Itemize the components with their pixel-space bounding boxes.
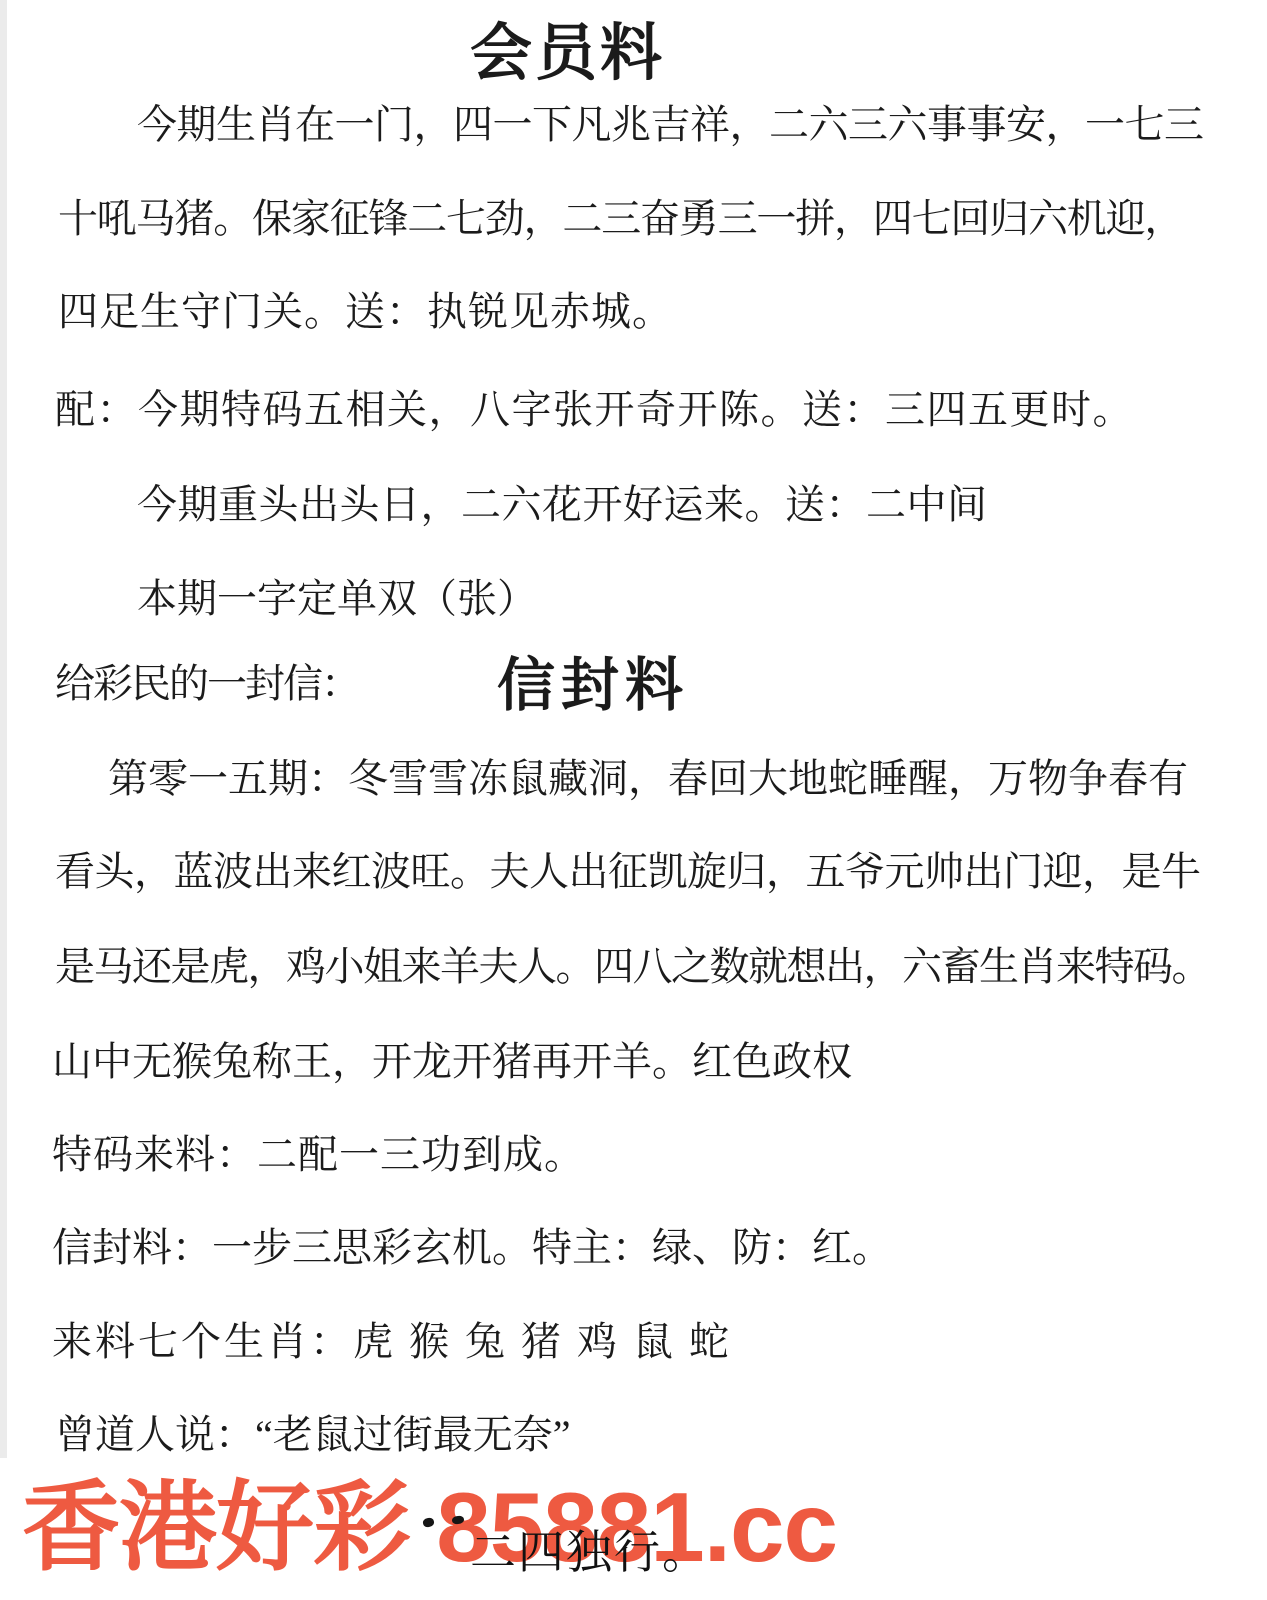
envelope-paragraph-line-3: 是马还是虎，鸡小姐来羊夫人。四八之数就想出，六畜生肖来特码。 — [55, 945, 1210, 989]
watermark-text: 香港好彩 85881.cc — [22, 1478, 837, 1576]
member-paragraph-line-1: 今期生肖在一门，四一下凡兆吉祥，二六三六事事安，一七三 — [137, 103, 1204, 147]
danshuang-tip-line: 本期一字定单双（张） — [137, 577, 537, 621]
member-paragraph-line-3: 四足生守门关。送：执锐见赤城。 — [58, 290, 673, 334]
envelope-paragraph-line-1: 第零一五期：冬雪雪冻鼠藏洞，春回大地蛇睡醒，万物争春有 — [108, 757, 1188, 801]
envelope-section-title: 信封料 — [497, 656, 689, 717]
envelope-paragraph-line-4: 山中无猴兔称王，开龙开猪再开羊。红色政权 — [52, 1040, 852, 1084]
tema-tip-line: 特码来料：二配一三功到成。 — [52, 1133, 585, 1177]
envelope-paragraph-line-2: 看头，蓝波出来红波旺。夫人出征凯旋归，五爷元帅出门迎，是牛 — [55, 850, 1201, 894]
member-paragraph-line-2: 十吼马猪。保家征锋二七劲，二三奋勇三一拼，四七回归六机迎， — [58, 197, 1183, 241]
scanned-lottery-tips-page: 会员料 今期生肖在一门，四一下凡兆吉祥，二六三六事事安，一七三 十吼马猪。保家征… — [0, 0, 1267, 1600]
zhongtou-tip-line: 今期重头出头日，二六花开好运来。送：二中间 — [137, 483, 988, 527]
member-section-title: 会员料 — [470, 22, 665, 87]
zodiac-list-line: 来料七个生肖：虎 猴 兔 猪 鸡 鼠 蛇 — [52, 1320, 732, 1364]
scan-edge-artifact — [0, 0, 7, 1458]
zengdaoren-quote-line: 曾道人说：“老鼠过街最无奈” — [55, 1413, 571, 1457]
pei-tip-line: 配：今期特码五相关，八字张开奇开陈。送：三四五更时。 — [55, 388, 1134, 432]
letter-to-bettors-label: 给彩民的一封信： — [55, 662, 359, 706]
xinfengliao-tip-line: 信封料：一步三思彩玄机。特主：绿、防：红。 — [52, 1226, 892, 1270]
bottom-partial-line: 二四独行。 — [470, 1528, 710, 1579]
